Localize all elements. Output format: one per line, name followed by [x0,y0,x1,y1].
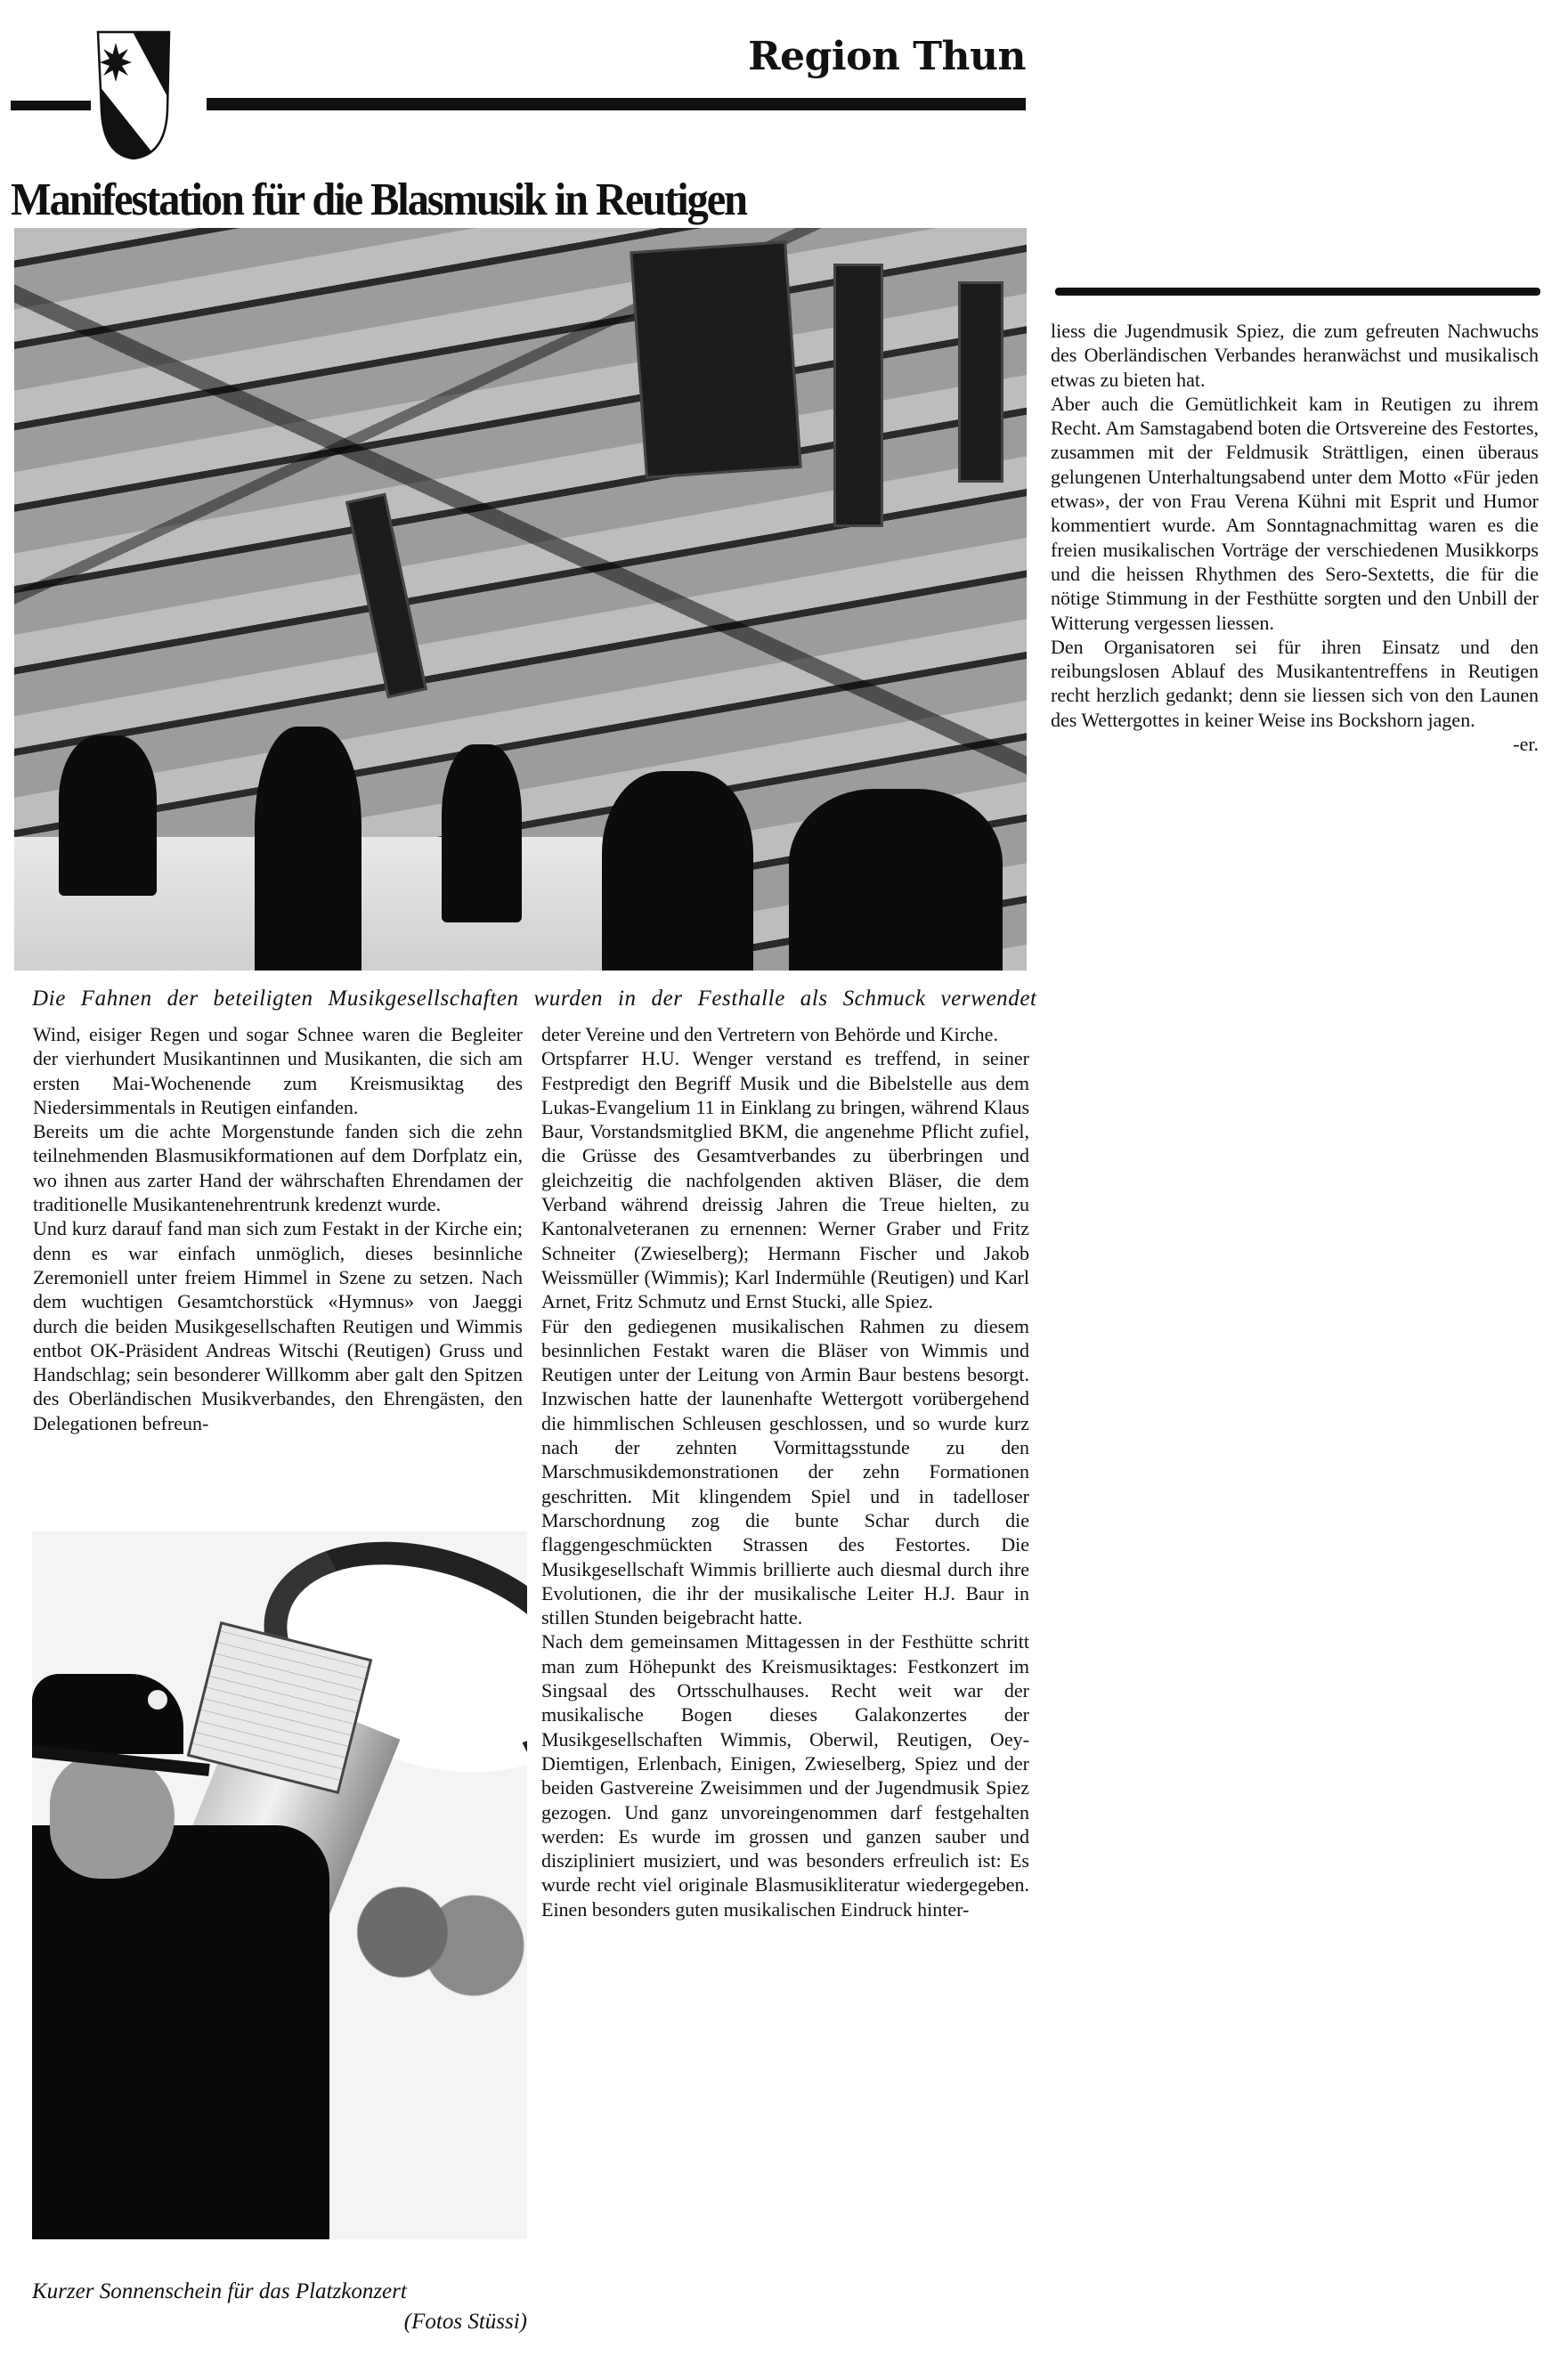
person-silhouette [789,789,1003,971]
masthead-rule-left [11,101,91,110]
banner-flag [833,264,883,527]
masthead-rule [207,98,1026,110]
person-silhouette [59,735,157,896]
paragraph: Wind, eisiger Regen und sogar Schnee war… [33,1022,523,1119]
paragraph: liess die Jugendmusik Spiez, die zum gef… [1051,319,1539,392]
photo-festhall-flags [14,228,1027,971]
paragraph: Und kurz darauf fand man sich zum Festak… [33,1216,523,1435]
article-column-3: liess die Jugendmusik Spiez, die zum gef… [1051,319,1539,756]
banner-flag [345,493,427,699]
paragraph: Bereits um die achte Morgenstunde fanden… [33,1119,523,1216]
paragraph-text: Den Organisatoren sei für ihren Einsatz … [1051,636,1539,731]
paragraph: Ortspfarrer H.U. Wenger verstand es tref… [541,1046,1029,1313]
banner-flag [630,240,801,479]
paragraph: Für den gediegenen musikalischen Rahmen … [541,1314,1029,1630]
cap-emblem-icon [148,1690,167,1710]
paragraph: Aber auch die Gemütlichkeit kam in Reuti… [1051,392,1539,635]
article-column-1: Wind, eisiger Regen und sogar Schnee war… [33,1022,523,1435]
coat-of-arms-icon [96,30,171,160]
column-rule [1055,288,1540,296]
banner-flag [958,281,1003,483]
photo-tuba-player [32,1531,527,2239]
headline: Manifestation für die Blasmusik in Reuti… [11,174,955,226]
photo-caption-bottom: Kurzer Sonnenschein für das Platzkonzert [32,2279,531,2304]
uniform-cap [32,1674,183,1754]
signoff-row: -er. [1051,732,1539,756]
section-title: Region Thun [623,34,1026,79]
person-silhouette [602,771,753,971]
person-silhouette [255,727,362,971]
trees-background [349,1879,527,2012]
musician-face [50,1754,175,1879]
paragraph: Den Organisatoren sei für ihren Einsatz … [1051,635,1539,732]
paragraph: Nach dem gemeinsamen Mittagessen in der … [541,1629,1029,1921]
photo-credit: (Fotos Stüssi) [32,2310,527,2335]
article-column-2: deter Vereine und den Vertretern von Beh… [541,1022,1029,1921]
author-signoff: -er. [1513,732,1539,756]
paragraph: deter Vereine und den Vertretern von Beh… [541,1022,1029,1046]
person-silhouette [442,744,522,922]
uniform-silhouette [32,1825,329,2239]
photo-caption-top: Die Fahnen der beteiligten Musikgesellsc… [32,987,1020,1011]
